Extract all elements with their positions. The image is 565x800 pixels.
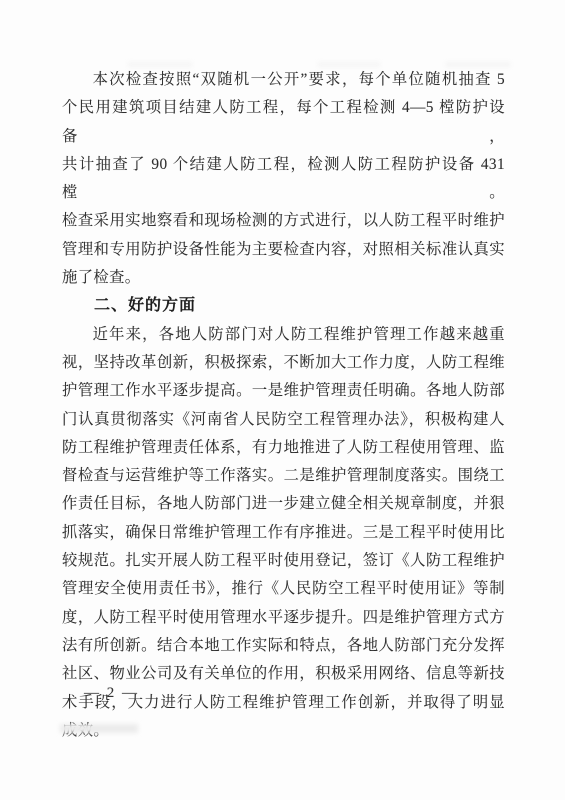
paragraph-line: 视，坚持改革创新，积极探索，不断加大工作力度，人防工程维 <box>62 349 505 377</box>
section-heading: 二、好的方面 <box>62 292 505 320</box>
paragraph-line: 施了检查。 <box>62 264 505 292</box>
paragraph-line: 法有所创新。结合本地工作实际和特点，各地人防部门充分发挥 <box>62 632 505 660</box>
page-number: — 2 — <box>84 682 139 704</box>
paragraph-line: 成效。 <box>62 717 505 745</box>
paragraph-line: 度，人防工程平时使用管理水平逐步提升。四是维护管理方式方 <box>62 604 505 632</box>
paragraph-line: 近年来，各地人防部门对人防工程维护管理工作越来越重 <box>62 321 505 349</box>
paragraph-line: 作责任目标，各地人防部门进一步建立健全相关规章制度，并狠 <box>62 490 505 518</box>
paragraph-line: 抓落实，确保日常维护管理工作有序推进。三是工程平时使用比 <box>62 519 505 547</box>
paragraph-line: 管理安全使用责任书》，推行《人民防空工程平时使用证》等制 <box>62 575 505 603</box>
paragraph-line: 个民用建筑项目结建人防工程，每个工程检测 4—5 樘防护设备， <box>62 94 505 151</box>
paragraph-line: 本次检查按照“双随机一公开”要求，每个单位随机抽查 5 <box>62 66 505 94</box>
paragraph-line: 较规范。扎实开展人防工程平时使用登记，签订《人防工程维护 <box>62 547 505 575</box>
document-body: 本次检查按照“双随机一公开”要求，每个单位随机抽查 5 个民用建筑项目结建人防工… <box>62 66 505 745</box>
document-page: 本次检查按照“双随机一公开”要求，每个单位随机抽查 5 个民用建筑项目结建人防工… <box>0 0 565 800</box>
paragraph-line: 护管理工作水平逐步提高。一是维护管理责任明确。各地人防部 <box>62 377 505 405</box>
paragraph-line: 防工程维护管理责任体系，有力地推进了人防工程使用管理、监 <box>62 434 505 462</box>
paragraph-line: 督检查与运营维护等工作落实。二是维护管理制度落实。围绕工 <box>62 462 505 490</box>
paragraph-line: 共计抽查了 90 个结建人防工程，检测人防工程防护设备 431 樘。 <box>62 151 505 208</box>
paragraph-line: 门认真贯彻落实《河南省人民防空工程管理办法》，积极构建人 <box>62 406 505 434</box>
paragraph-line: 管理和专用防护设备性能为主要检查内容，对照相关标准认真实 <box>62 236 505 264</box>
paragraph-line: 检查采用实地察看和现场检测的方式进行，以人防工程平时维护 <box>62 207 505 235</box>
